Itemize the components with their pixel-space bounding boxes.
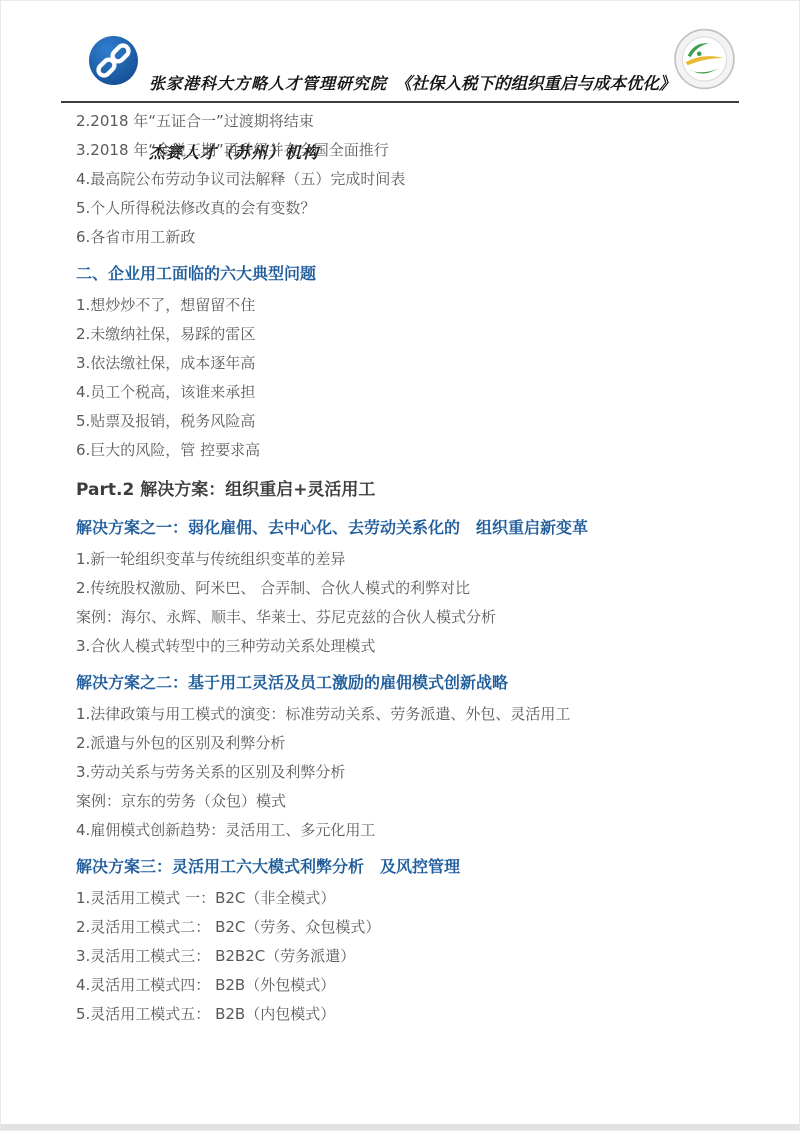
list-item: 5.个人所得税法修改真的会有变数？	[76, 194, 759, 223]
list-item: 3.劳动关系与劳务关系的区别及利弊分析	[76, 758, 759, 787]
list-item: 2.2018 年“五证合一”过渡期将结束	[76, 107, 759, 136]
list-item: 5.贴票及报销，税务风险高	[76, 407, 759, 436]
section-heading-solution-three: 解决方案三：灵活用工六大模式利弊分析 及风控管理	[76, 852, 759, 882]
list-item: 3.依法缴社保，成本逐年高	[76, 349, 759, 378]
page-header: 张家港科大方略人才管理研究院 杰赛人才（苏州）机构 《社保入税下的组织重启与成本…	[89, 29, 739, 99]
list-item: 4.雇佣模式创新趋势：灵活用工、多元化用工	[76, 816, 759, 845]
list-item: 1.想炒炒不了，想留留不住	[76, 291, 759, 320]
round-emblem-logo-icon	[673, 27, 736, 91]
list-item: 6.巨大的风险，管 控要求高	[76, 436, 759, 465]
list-item: 6.各省市用工新政	[76, 223, 759, 252]
org-name-line1: 张家港科大方略人才管理研究院	[149, 69, 387, 100]
list-item: 1.灵活用工模式 一：B2C（非全模式）	[76, 884, 759, 913]
list-item: 1.法律政策与用工模式的演变：标准劳动关系、劳务派遣、外包、灵活用工	[76, 700, 759, 729]
section-heading-solution-one: 解决方案之一：弱化雇佣、去中心化、去劳动关系化的 组织重启新变革	[76, 513, 759, 543]
list-item: 4.灵活用工模式四： B2B（外包模式）	[76, 971, 759, 1000]
list-item: 4.最高院公布劳动争议司法解释（五）完成时间表	[76, 165, 759, 194]
list-item: 2.传统股权激励、阿米巴、 合弄制、合伙人模式的利弊对比	[76, 574, 759, 603]
list-item: 2.未缴纳社保，易踩的雷区	[76, 320, 759, 349]
document-page: 张家港科大方略人才管理研究院 杰赛人才（苏州）机构 《社保入税下的组织重启与成本…	[0, 0, 800, 1131]
list-item: 案例：京东的劳务（众包）模式	[76, 787, 759, 816]
header-divider	[61, 101, 739, 103]
page-bottom-edge	[1, 1124, 799, 1130]
list-item: 5.灵活用工模式五： B2B（内包模式）	[76, 1000, 759, 1029]
part2-heading: Part.2 解决方案：组织重启+灵活用工	[76, 474, 759, 506]
list-item: 3.2018 年“金税三期”再升级并在全国全面推行	[76, 136, 759, 165]
list-item: 2.灵活用工模式二： B2C（劳务、众包模式）	[76, 913, 759, 942]
course-title: 《社保入税下的组织重启与成本优化》	[395, 70, 676, 94]
list-item: 1.新一轮组织变革与传统组织变革的差异	[76, 545, 759, 574]
list-item: 3.合伙人模式转型中的三种劳动关系处理模式	[76, 632, 759, 661]
section-heading-typical-problems: 二、企业用工面临的六大典型问题	[76, 259, 759, 289]
document-body: 2.2018 年“五证合一”过渡期将结束 3.2018 年“金税三期”再升级并在…	[76, 107, 759, 1029]
list-item: 4.员工个税高，该谁来承担	[76, 378, 759, 407]
chain-link-logo-icon	[89, 36, 138, 85]
list-item: 3.灵活用工模式三： B2B2C（劳务派遣）	[76, 942, 759, 971]
list-item: 案例：海尔、永辉、顺丰、华莱士、芬尼克兹的合伙人模式分析	[76, 603, 759, 632]
list-item: 2.派遣与外包的区别及利弊分析	[76, 729, 759, 758]
section-heading-solution-two: 解决方案之二：基于用工灵活及员工激励的雇佣模式创新战略	[76, 668, 759, 698]
